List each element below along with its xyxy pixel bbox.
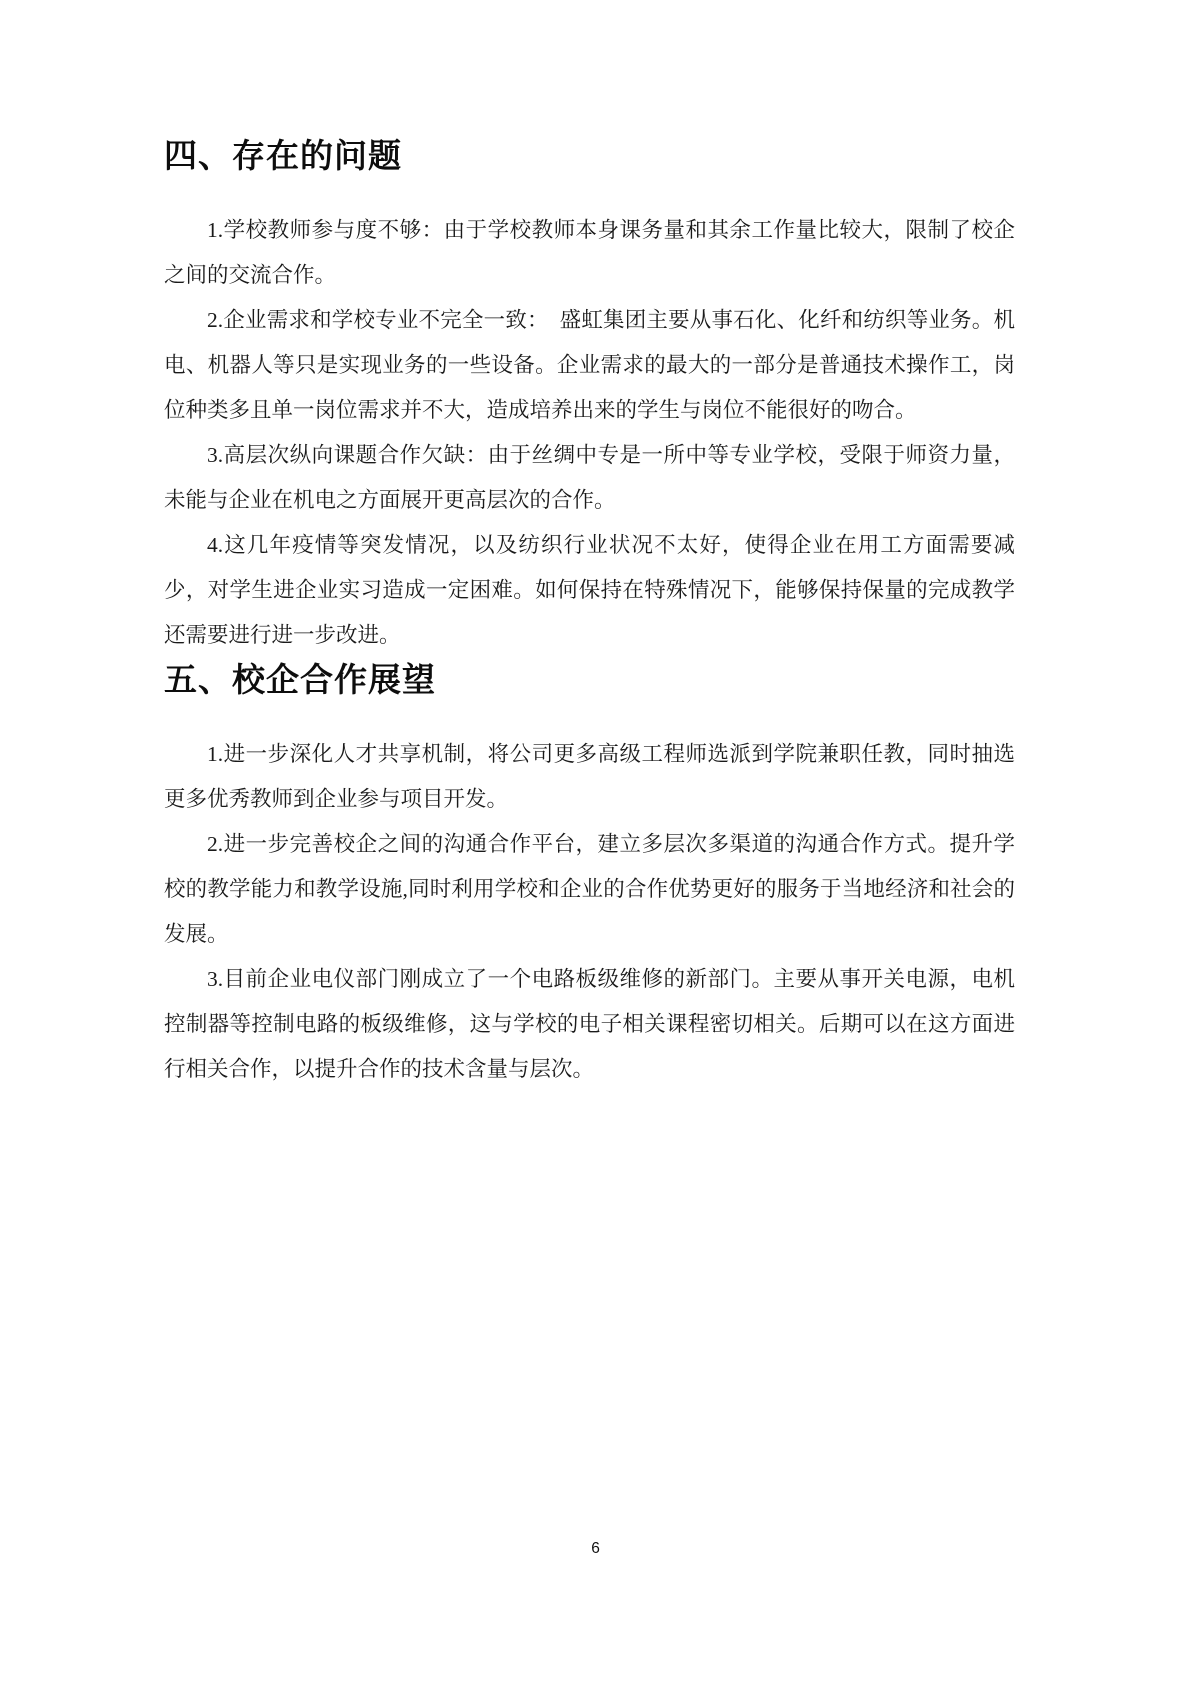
- section-4-paragraph-3: 3.高层次纵向课题合作欠缺：由于丝绸中专是一所中等专业学校，受限于师资力量，未能…: [164, 433, 1015, 523]
- section-4-heading: 四、存在的问题: [164, 134, 1015, 180]
- section-4-paragraph-1: 1.学校教师参与度不够：由于学校教师本身课务量和其余工作量比较大，限制了校企之间…: [164, 208, 1015, 298]
- section-5-paragraph-1: 1.进一步深化人才共享机制，将公司更多高级工程师选派到学院兼职任教，同时抽选更多…: [164, 732, 1015, 822]
- section-cooperation-outlook: 五、校企合作展望 1.进一步深化人才共享机制，将公司更多高级工程师选派到学院兼职…: [164, 658, 1015, 1092]
- section-5-heading: 五、校企合作展望: [164, 658, 1015, 704]
- document-content: 四、存在的问题 1.学校教师参与度不够：由于学校教师本身课务量和其余工作量比较大…: [164, 134, 1015, 1092]
- section-4-paragraph-4: 4.这几年疫情等突发情况，以及纺织行业状况不太好，使得企业在用工方面需要减少，对…: [164, 523, 1015, 658]
- section-existing-problems: 四、存在的问题 1.学校教师参与度不够：由于学校教师本身课务量和其余工作量比较大…: [164, 134, 1015, 658]
- section-4-paragraph-2: 2.企业需求和学校专业不完全一致： 盛虹集团主要从事石化、化纤和纺织等业务。机电…: [164, 298, 1015, 433]
- section-5-paragraph-2: 2.进一步完善校企之间的沟通合作平台，建立多层次多渠道的沟通合作方式。提升学校的…: [164, 822, 1015, 957]
- section-5-paragraph-3: 3.目前企业电仪部门刚成立了一个电路板级维修的新部门。主要从事开关电源，电机控制…: [164, 957, 1015, 1092]
- page-number: 6: [0, 1540, 1191, 1558]
- document-page: 四、存在的问题 1.学校教师参与度不够：由于学校教师本身课务量和其余工作量比较大…: [0, 0, 1191, 1684]
